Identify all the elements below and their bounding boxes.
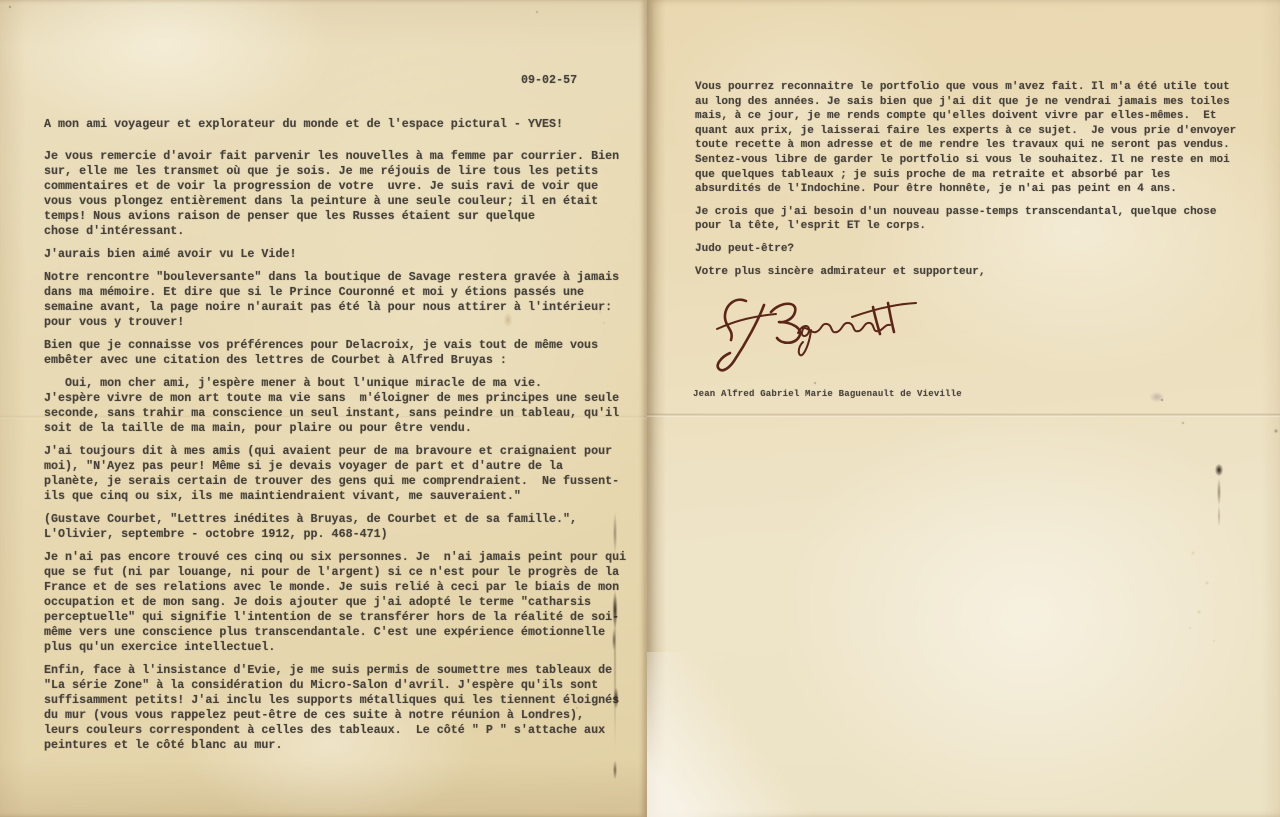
letter-page-right: Vous pourrez reconnaitre le portfolio qu… xyxy=(647,0,1280,817)
paragraph: Je crois que j'ai besoin d'un nouveau pa… xyxy=(695,205,1251,234)
paragraph: J'aurais bien aimé avoir vu Le Vide! xyxy=(44,247,644,262)
paragraph: Vous pourrez reconnaitre le portfolio qu… xyxy=(695,80,1251,197)
letter-body-left: A mon ami voyageur et explorateur du mon… xyxy=(44,117,644,761)
fold-crease xyxy=(647,413,1280,417)
letter-page-left: 09-02-57 A mon ami voyageur et explorate… xyxy=(0,0,647,817)
paragraph: Bien que je connaisse vos préférences po… xyxy=(44,338,644,368)
paragraph: J'ai toujours dit à mes amis (qui avaien… xyxy=(44,444,644,504)
quoted-citation: Oui, mon cher ami, j'espère mener à bout… xyxy=(44,376,644,436)
page-corner-highlight xyxy=(647,652,822,817)
sender-typed-name: Jean Alfred Gabriel Marie Baguenault de … xyxy=(693,389,962,399)
closing-line: Votre plus sincère admirateur et support… xyxy=(695,265,1251,280)
paragraph: Je vous remercie d'avoir fait parvenir l… xyxy=(44,149,644,239)
paragraph: Notre rencontre "bouleversante" dans la … xyxy=(44,270,644,330)
citation-reference: (Gustave Courbet, "Lettres inédites à Br… xyxy=(44,512,644,542)
handwritten-signature xyxy=(697,289,919,377)
signature-drawing xyxy=(697,289,919,377)
letter-date: 09-02-57 xyxy=(521,73,577,87)
paragraph: Enfin, face à l'insistance d'Evie, je me… xyxy=(44,663,644,753)
letter-body-right: Vous pourrez reconnaitre le portfolio qu… xyxy=(695,80,1251,287)
paragraph: Je n'ai pas encore trouvé ces cinq ou si… xyxy=(44,550,644,655)
paragraph: Judo peut-être? xyxy=(695,242,1251,257)
salutation: A mon ami voyageur et explorateur du mon… xyxy=(44,117,644,132)
scanned-letter: 09-02-57 A mon ami voyageur et explorate… xyxy=(0,0,1280,817)
